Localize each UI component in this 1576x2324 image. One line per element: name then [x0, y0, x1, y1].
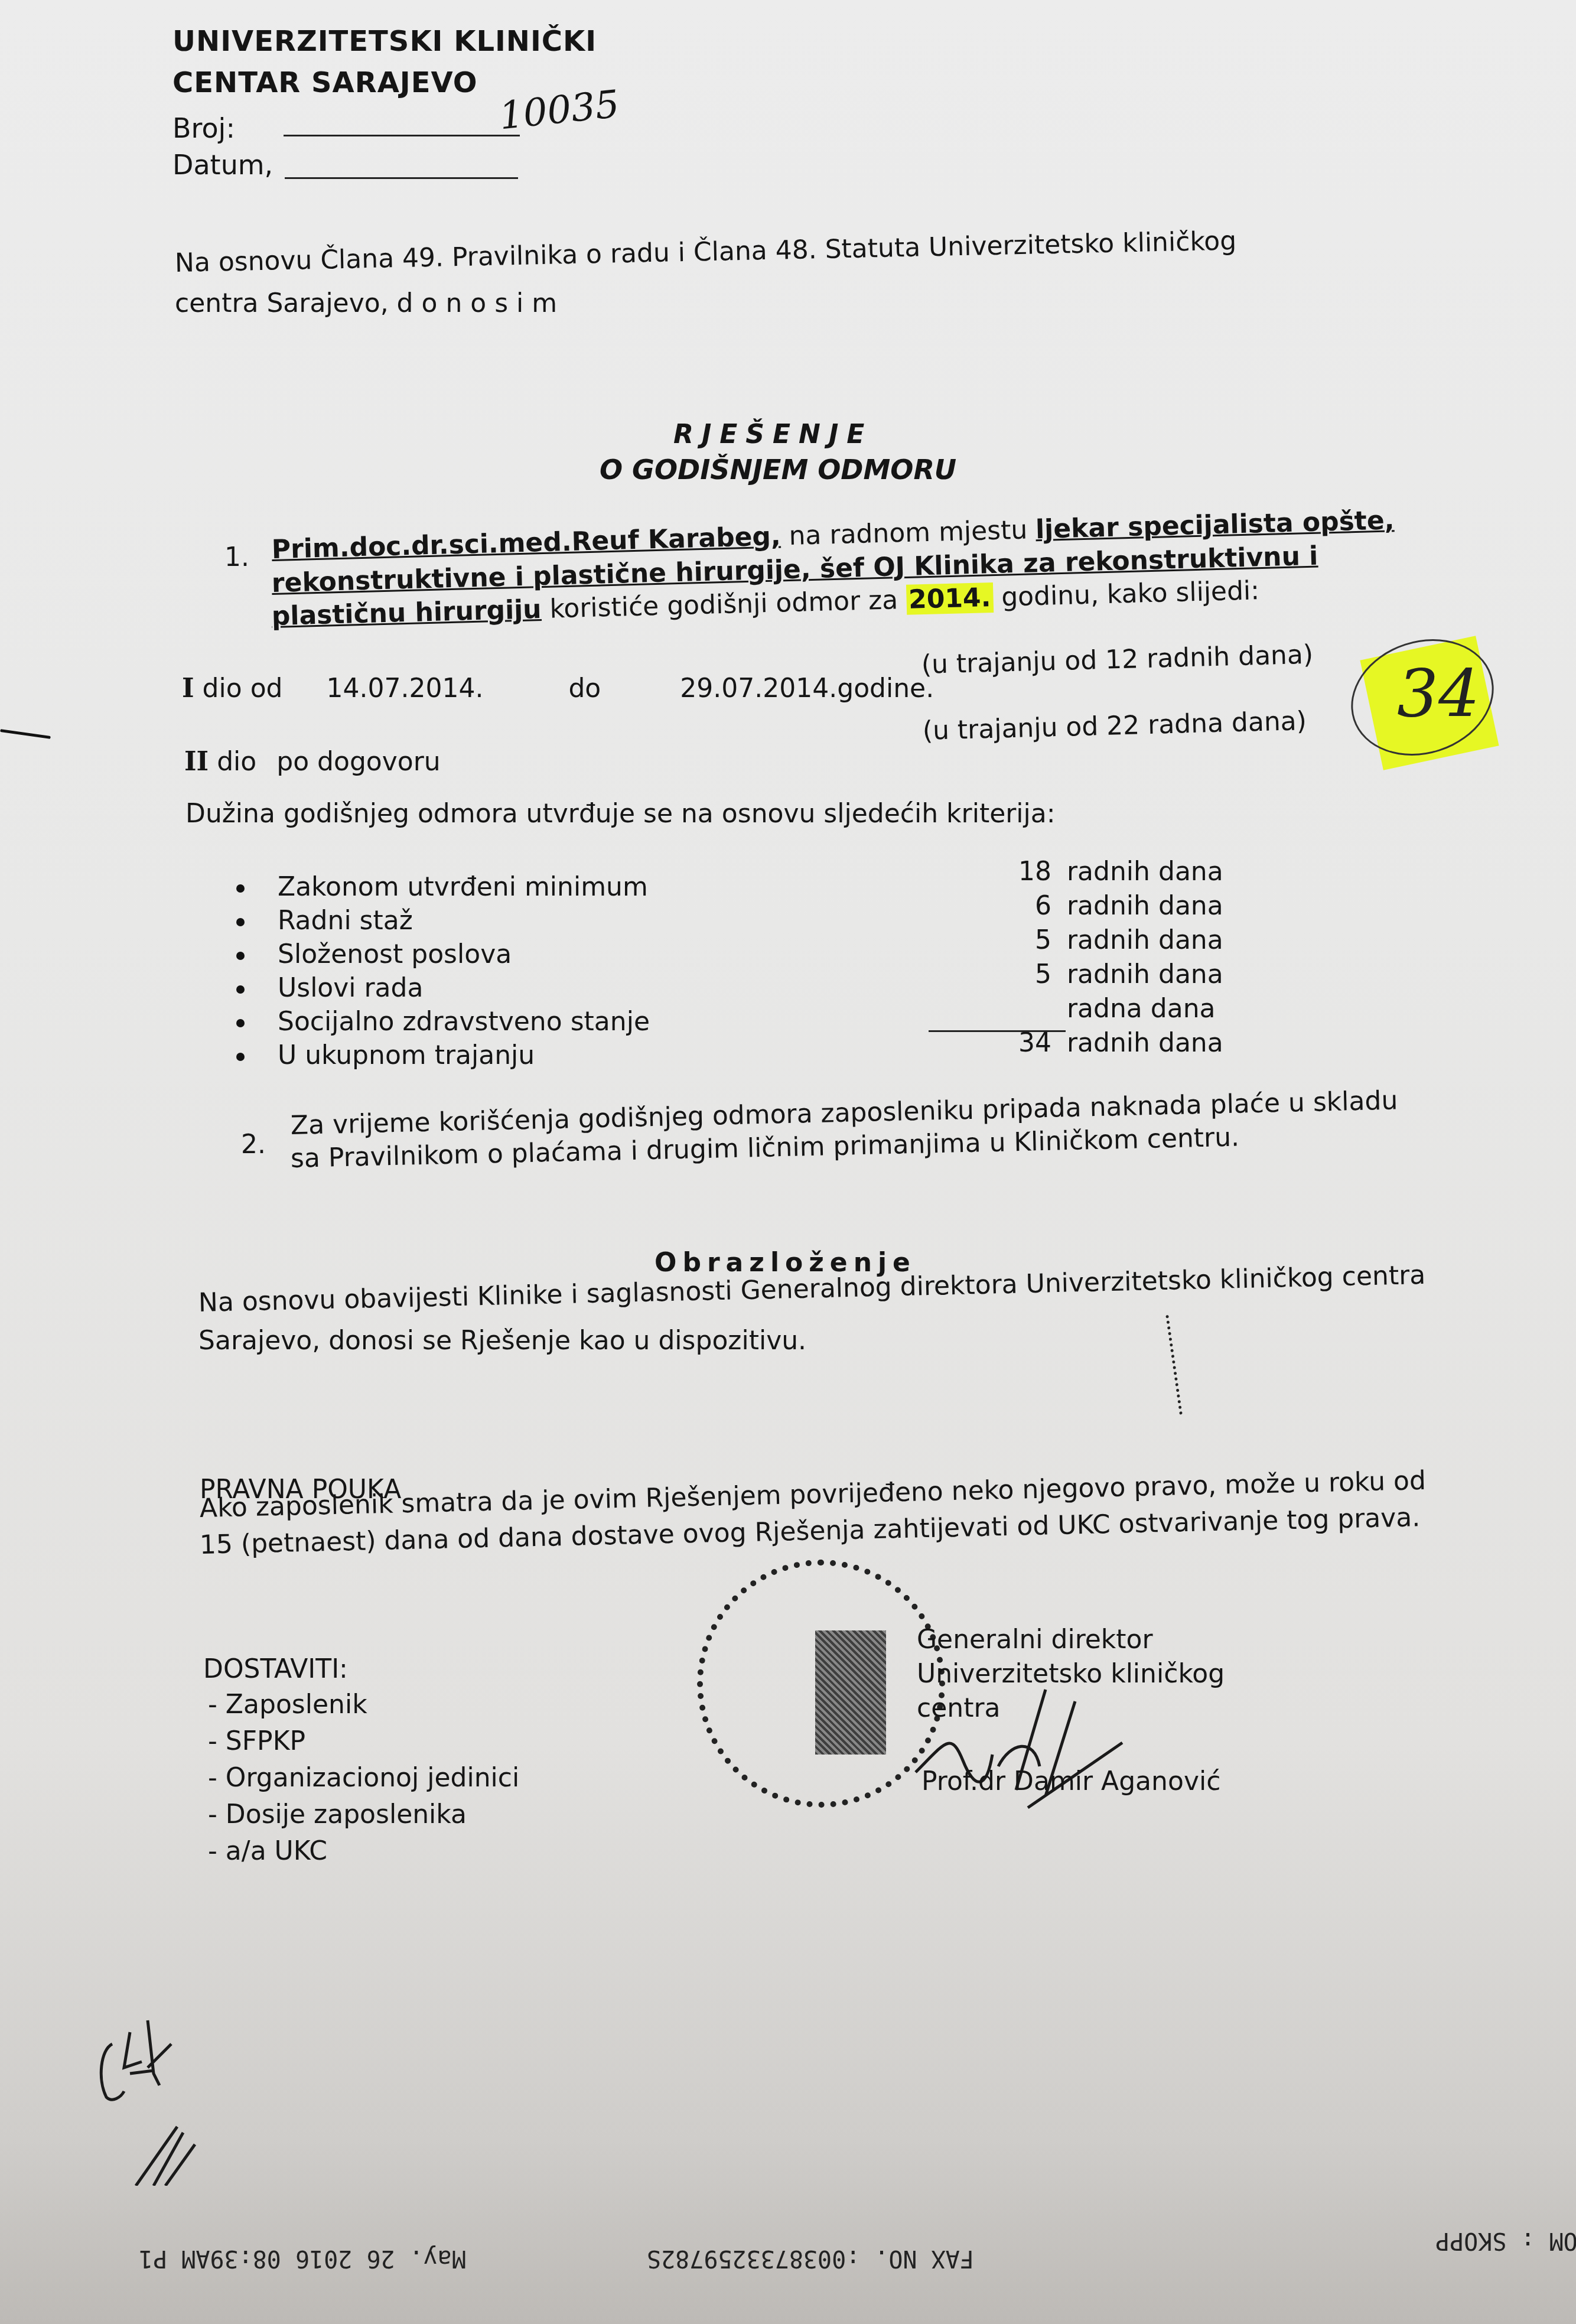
dostaviti-item: - a/a UKC [208, 1836, 519, 1873]
obrazlozenje-line2: Sarajevo, donosi se Rješenje kao u dispo… [198, 1326, 806, 1357]
fax-timestamp: May. 26 2016 08:39AM P1 [139, 2245, 466, 2272]
part-1: I dio od 14.07.2014. do 29.07.2014.godin… [182, 673, 934, 705]
part-2-from: po dogovoru [276, 747, 440, 777]
part-2-label: dio [217, 747, 256, 777]
dostaviti-heading: DOSTAVITI: [203, 1654, 348, 1685]
item2-number: 2. [241, 1130, 266, 1161]
signature-title-line1: Generalni direktor [917, 1625, 1153, 1656]
broj-label: Broj: [172, 112, 235, 144]
preamble-line1: Na osnovu Člana 49. Pravilnika o radu i … [174, 226, 1236, 279]
datum-field-line [285, 177, 518, 179]
bullet-icon [236, 952, 245, 960]
stamp-emblem [815, 1630, 886, 1755]
criteria-value-row: 5radnih dana [992, 959, 1240, 994]
bullet-icon [236, 1053, 245, 1061]
dostaviti-item: - Zaposlenik [208, 1690, 519, 1726]
handwritten-initials [89, 2009, 242, 2186]
dostaviti-list: - Zaposlenik - SFPKP - Organizacionoj je… [208, 1690, 519, 1873]
part-1-to-label: do [568, 673, 601, 704]
criteria-value-row: 6radnih dana [992, 891, 1240, 925]
document-title: RJEŠENJE [673, 419, 872, 450]
broj-handwritten-value: 10035 [497, 83, 621, 139]
broj-field-line [284, 135, 520, 136]
criteria-value-row: 5radnih dana [992, 925, 1240, 959]
part-2-duration: (u trajanju od 22 radna dana) [922, 706, 1307, 747]
fax-number: FAX NO. :0038733259782S [647, 2245, 974, 2272]
institution-name-line2: CENTAR SARAJEVO [172, 66, 478, 99]
item1-number: 1. [224, 542, 249, 574]
datum-label: Datum, [172, 149, 273, 181]
bullet-icon [236, 884, 245, 893]
dostaviti-item: - Organizacionoj jedinici [208, 1763, 519, 1799]
scanned-document: UNIVERZITETSKI KLINIČKI CENTAR SARAJEVO … [0, 0, 1576, 2324]
item1-text-a: na radnom mjestu [780, 515, 1036, 551]
bullet-icon [236, 918, 245, 926]
criteria-value-row: radna dana [992, 994, 1240, 1028]
highlighted-year: 2014. [906, 582, 993, 615]
sum-line [929, 1030, 1066, 1032]
criteria-item: Složenost poslova [236, 939, 650, 973]
criteria-value-row: 34radnih dana [992, 1028, 1240, 1062]
dostaviti-item: - Dosije zaposlenika [208, 1799, 519, 1836]
part-2: II dio po dogovoru [184, 747, 441, 778]
criteria-item: Socijalno zdravstveno stanje [236, 1007, 650, 1040]
item1-text-c: godinu, kako slijedi: [993, 575, 1260, 613]
stamp-fragment-mark [1165, 1314, 1186, 1415]
part-1-label: dio od [203, 673, 283, 704]
document-subtitle: O GODIŠNJEM ODMORU [600, 454, 956, 486]
criteria-list: Zakonom utvrđeni minimum Radni staž Slož… [236, 872, 650, 1074]
position-line1: ljekar specijalista opšte, [1035, 505, 1394, 545]
margin-pen-mark [0, 729, 51, 739]
signatory-name: Prof.dr Damir Aganović [921, 1766, 1220, 1798]
criteria-value-row: 18radnih dana [992, 857, 1240, 891]
criteria-item: Zakonom utvrđeni minimum [236, 872, 650, 906]
criteria-item: Uslovi rada [236, 973, 650, 1007]
criteria-item: U ukupnom trajanju [236, 1040, 650, 1074]
part-1-from: 14.07.2014. [327, 673, 484, 704]
institution-name-line1: UNIVERZITETSKI KLINIČKI [172, 25, 597, 58]
part-2-roman: II [184, 747, 209, 777]
handwritten-total: 34 [1397, 656, 1480, 731]
part-1-to: 29.07.2014.godine. [680, 673, 934, 704]
position-line3: plastičnu hirurgiju [271, 594, 542, 632]
part-1-roman: I [182, 673, 194, 704]
bullet-icon [236, 1019, 245, 1027]
dostaviti-item: - SFPKP [208, 1726, 519, 1763]
part-1-duration: (u trajanju od 12 radnih dana) [921, 640, 1313, 681]
bullet-icon [236, 985, 245, 994]
criteria-intro: Dužina godišnjeg odmora utvrđuje se na o… [185, 799, 1056, 830]
preamble-line2: centra Sarajevo, d o n o s i m [175, 288, 557, 320]
fax-from: FROM : SKOPP [1435, 2227, 1576, 2254]
criteria-item: Radni staž [236, 906, 650, 939]
